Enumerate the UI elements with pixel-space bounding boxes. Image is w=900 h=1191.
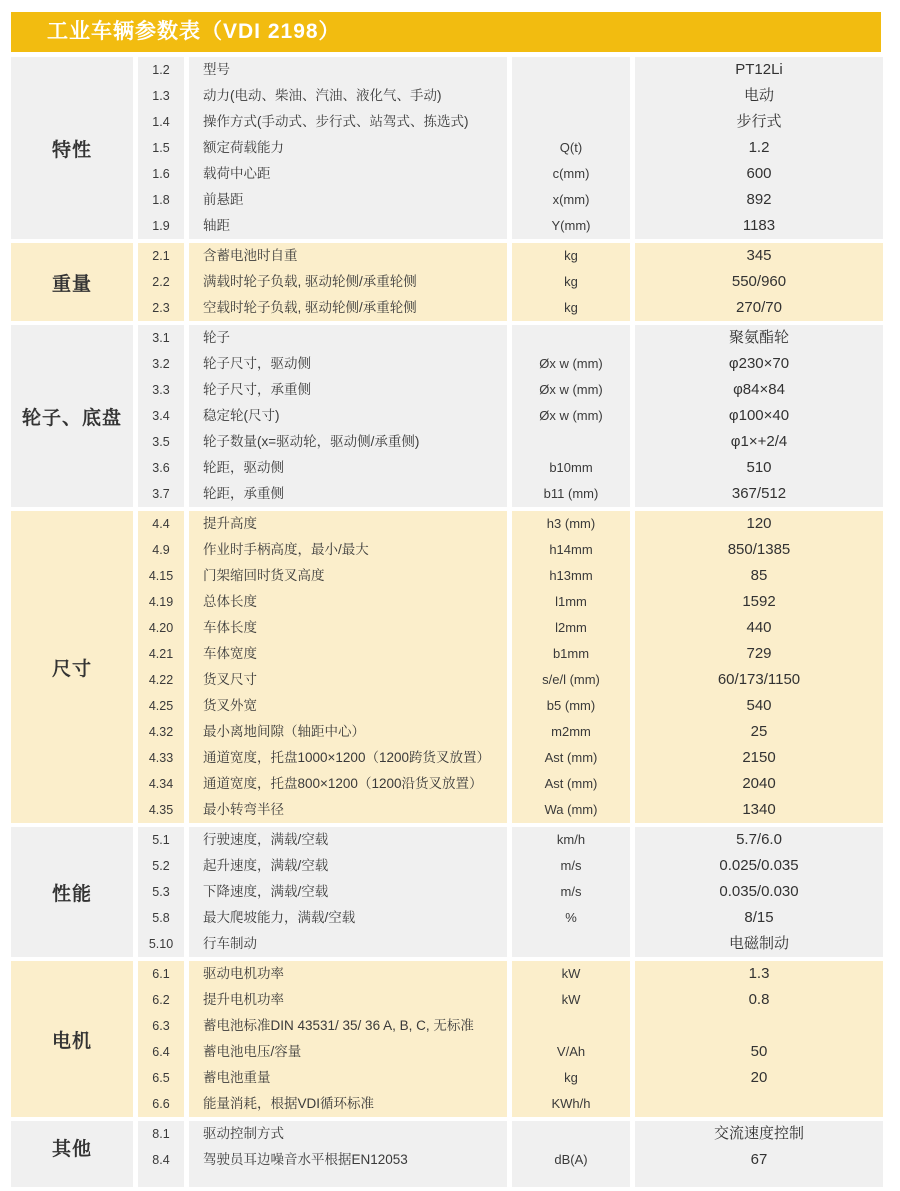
row-value: 1592: [635, 589, 883, 615]
row-number: 2.2: [138, 269, 184, 295]
row-unit: Q(t): [512, 135, 630, 161]
row-number: 5.1: [138, 827, 184, 853]
row-value: 600: [635, 161, 883, 187]
row-unit: Y(mm): [512, 213, 630, 239]
spec-table: 特性1.21.31.41.51.61.81.9型号动力(电动、柴油、汽油、液化气…: [11, 57, 883, 1191]
row-value-column: 5.7/6.00.025/0.0350.035/0.0308/15电磁制动: [635, 827, 883, 957]
row-value: [635, 1013, 883, 1039]
row-number-column: 3.13.23.33.43.53.63.7: [138, 325, 184, 507]
row-number: 8.4: [138, 1147, 184, 1173]
row-unit: b10mm: [512, 455, 630, 481]
row-number: 4.15: [138, 563, 184, 589]
row-unit: x(mm): [512, 187, 630, 213]
row-description: 提升高度: [189, 511, 507, 537]
row-unit: m/s: [512, 853, 630, 879]
row-number: 8.1: [138, 1121, 184, 1147]
row-number: 1.3: [138, 83, 184, 109]
row-unit: [512, 83, 630, 109]
section-label: 电机: [11, 961, 133, 1117]
spec-section: 电机6.16.26.36.46.56.6驱动电机功率提升电机功率蓄电池标准DIN…: [11, 961, 883, 1117]
row-value: 0.035/0.030: [635, 879, 883, 905]
row-number-column: 5.15.25.35.85.10: [138, 827, 184, 957]
row-unit-column: dB(A): [512, 1121, 630, 1187]
row-value: 892: [635, 187, 883, 213]
row-value: 1340: [635, 797, 883, 823]
spec-section: 轮子、底盘3.13.23.33.43.53.63.7轮子轮子尺寸，驱动侧轮子尺寸…: [11, 325, 883, 507]
row-unit: h3 (mm): [512, 511, 630, 537]
row-value: 60/173/1150: [635, 667, 883, 693]
row-value: PT12Li: [635, 57, 883, 83]
section-label: 轮子、底盘: [11, 325, 133, 507]
row-value: 25: [635, 719, 883, 745]
row-description: 通道宽度，托盘1000×1200（1200跨货叉放置）: [189, 745, 507, 771]
row-description: 轮距，驱动侧: [189, 455, 507, 481]
row-unit: kg: [512, 269, 630, 295]
row-number: 1.5: [138, 135, 184, 161]
row-unit: b1mm: [512, 641, 630, 667]
row-description: 动力(电动、柴油、汽油、液化气、手动): [189, 83, 507, 109]
row-value-column: 聚氨酯轮φ230×70φ84×84φ100×40φ1×+2/4510367/51…: [635, 325, 883, 507]
row-description: 蓄电池标准DIN 43531/ 35/ 36 A, B, C, 无标准: [189, 1013, 507, 1039]
row-description: 轮子数量(x=驱动轮，驱动侧/承重侧): [189, 429, 507, 455]
row-number-column: 6.16.26.36.46.56.6: [138, 961, 184, 1117]
row-number: 6.2: [138, 987, 184, 1013]
spec-section: 重量2.12.22.3含蓄电池时自重满载时轮子负载, 驱动轮侧/承重轮侧空载时轮…: [11, 243, 883, 321]
row-description: 蓄电池电压/容量: [189, 1039, 507, 1065]
row-unit: b5 (mm): [512, 693, 630, 719]
row-value: 电磁制动: [635, 931, 883, 957]
row-number: 4.19: [138, 589, 184, 615]
row-unit: Ast (mm): [512, 771, 630, 797]
row-value: φ1×+2/4: [635, 429, 883, 455]
row-value: 50: [635, 1039, 883, 1065]
section-label: 性能: [11, 827, 133, 957]
row-unit: [512, 1013, 630, 1039]
row-unit: [512, 325, 630, 351]
page-title: 工业车辆参数表（VDI 2198）: [11, 12, 881, 52]
row-unit: Øx w (mm): [512, 377, 630, 403]
row-description: 载荷中心距: [189, 161, 507, 187]
row-value-column: 交流速度控制67: [635, 1121, 883, 1187]
row-unit: [512, 429, 630, 455]
row-unit: c(mm): [512, 161, 630, 187]
row-description: 轮子: [189, 325, 507, 351]
row-value: φ230×70: [635, 351, 883, 377]
row-unit-column: kWkWV/AhkgKWh/h: [512, 961, 630, 1117]
row-number: 1.2: [138, 57, 184, 83]
row-unit: [512, 57, 630, 83]
row-description: 起升速度，满载/空载: [189, 853, 507, 879]
row-number: 4.20: [138, 615, 184, 641]
row-number: 3.5: [138, 429, 184, 455]
row-unit: m2mm: [512, 719, 630, 745]
row-unit: Wa (mm): [512, 797, 630, 823]
row-number: 2.1: [138, 243, 184, 269]
row-value: 0.8: [635, 987, 883, 1013]
row-description-column: 驱动控制方式驾驶员耳边噪音水平根据EN12053: [189, 1121, 507, 1187]
row-description: 货叉外宽: [189, 693, 507, 719]
row-number-column: 8.18.4: [138, 1121, 184, 1187]
row-unit: b11 (mm): [512, 481, 630, 507]
row-unit: kg: [512, 295, 630, 321]
row-description-column: 含蓄电池时自重满载时轮子负载, 驱动轮侧/承重轮侧空载时轮子负载, 驱动轮侧/承…: [189, 243, 507, 321]
row-number: 4.22: [138, 667, 184, 693]
row-description: 轴距: [189, 213, 507, 239]
row-value: 1183: [635, 213, 883, 239]
row-description: 总体长度: [189, 589, 507, 615]
row-value: 20: [635, 1065, 883, 1091]
row-description: 下降速度，满载/空载: [189, 879, 507, 905]
row-value: [635, 1091, 883, 1117]
row-value-column: 1.30.85020: [635, 961, 883, 1117]
row-unit: h13mm: [512, 563, 630, 589]
row-description: 通道宽度，托盘800×1200（1200沿货叉放置）: [189, 771, 507, 797]
row-number: 6.3: [138, 1013, 184, 1039]
row-description: 驾驶员耳边噪音水平根据EN12053: [189, 1147, 507, 1173]
row-description: 行车制动: [189, 931, 507, 957]
row-value-column: PT12Li电动步行式1.26008921183: [635, 57, 883, 239]
row-value: 510: [635, 455, 883, 481]
row-value-column: 345550/960270/70: [635, 243, 883, 321]
row-value: 440: [635, 615, 883, 641]
row-unit: KWh/h: [512, 1091, 630, 1117]
row-unit: l1mm: [512, 589, 630, 615]
row-description: 满载时轮子负载, 驱动轮侧/承重轮侧: [189, 269, 507, 295]
row-description: 前悬距: [189, 187, 507, 213]
section-label: 重量: [11, 243, 133, 321]
row-unit-column: km/hm/sm/s%: [512, 827, 630, 957]
row-unit: Øx w (mm): [512, 351, 630, 377]
row-number: 6.4: [138, 1039, 184, 1065]
row-value: 步行式: [635, 109, 883, 135]
row-number: 4.33: [138, 745, 184, 771]
row-number: 3.2: [138, 351, 184, 377]
row-description-column: 行驶速度，满载/空载起升速度，满载/空载下降速度，满载/空载最大爬坡能力，满载/…: [189, 827, 507, 957]
row-number: 6.1: [138, 961, 184, 987]
section-label: 其他: [11, 1121, 133, 1187]
row-unit: kW: [512, 987, 630, 1013]
row-value: 2040: [635, 771, 883, 797]
row-number: 1.8: [138, 187, 184, 213]
row-number: 4.4: [138, 511, 184, 537]
row-number: 1.9: [138, 213, 184, 239]
row-unit-column: Øx w (mm)Øx w (mm)Øx w (mm)b10mmb11 (mm): [512, 325, 630, 507]
row-description: 最大爬坡能力，满载/空载: [189, 905, 507, 931]
row-description: 蓄电池重量: [189, 1065, 507, 1091]
row-number: 4.9: [138, 537, 184, 563]
row-description: 稳定轮(尺寸): [189, 403, 507, 429]
spec-section: 性能5.15.25.35.85.10行驶速度，满载/空载起升速度，满载/空载下降…: [11, 827, 883, 957]
row-unit: V/Ah: [512, 1039, 630, 1065]
row-value: 电动: [635, 83, 883, 109]
row-unit: dB(A): [512, 1147, 630, 1173]
row-value: 367/512: [635, 481, 883, 507]
row-unit: kW: [512, 961, 630, 987]
row-description: 驱动电机功率: [189, 961, 507, 987]
row-number: 2.3: [138, 295, 184, 321]
row-number: 1.6: [138, 161, 184, 187]
row-number: 3.4: [138, 403, 184, 429]
row-description-column: 轮子轮子尺寸，驱动侧轮子尺寸，承重侧稳定轮(尺寸)轮子数量(x=驱动轮，驱动侧/…: [189, 325, 507, 507]
row-number: 5.2: [138, 853, 184, 879]
row-value: 8/15: [635, 905, 883, 931]
row-unit: [512, 109, 630, 135]
row-description: 操作方式(手动式、步行式、站驾式、拣选式): [189, 109, 507, 135]
row-unit: Ast (mm): [512, 745, 630, 771]
row-value: 85: [635, 563, 883, 589]
row-description: 门架缩回时货叉高度: [189, 563, 507, 589]
row-value: 850/1385: [635, 537, 883, 563]
row-description-column: 型号动力(电动、柴油、汽油、液化气、手动)操作方式(手动式、步行式、站驾式、拣选…: [189, 57, 507, 239]
row-description: 轮子尺寸，驱动侧: [189, 351, 507, 377]
row-description: 最小离地间隙（轴距中心）: [189, 719, 507, 745]
row-description: 最小转弯半径: [189, 797, 507, 823]
row-value: 2150: [635, 745, 883, 771]
row-description: 额定荷载能力: [189, 135, 507, 161]
row-number: 4.21: [138, 641, 184, 667]
row-description: 轮距，承重侧: [189, 481, 507, 507]
row-description: 车体宽度: [189, 641, 507, 667]
row-unit: h14mm: [512, 537, 630, 563]
row-value: 交流速度控制: [635, 1121, 883, 1147]
row-number: 3.3: [138, 377, 184, 403]
row-description: 型号: [189, 57, 507, 83]
row-number: 5.8: [138, 905, 184, 931]
row-unit: km/h: [512, 827, 630, 853]
section-label: 尺寸: [11, 511, 133, 823]
row-value: 聚氨酯轮: [635, 325, 883, 351]
row-description: 空载时轮子负载, 驱动轮侧/承重轮侧: [189, 295, 507, 321]
row-unit: l2mm: [512, 615, 630, 641]
row-description: 轮子尺寸，承重侧: [189, 377, 507, 403]
row-number: 1.4: [138, 109, 184, 135]
row-unit: [512, 931, 630, 957]
row-value: 345: [635, 243, 883, 269]
row-value-column: 120850/138585159244072960/173/1150540252…: [635, 511, 883, 823]
row-number-column: 4.44.94.154.194.204.214.224.254.324.334.…: [138, 511, 184, 823]
row-number: 4.34: [138, 771, 184, 797]
row-unit-column: h3 (mm)h14mmh13mml1mml2mmb1mms/e/l (mm)b…: [512, 511, 630, 823]
row-unit: %: [512, 905, 630, 931]
row-unit: [512, 1121, 630, 1147]
row-unit: m/s: [512, 879, 630, 905]
row-description: 提升电机功率: [189, 987, 507, 1013]
row-value: 540: [635, 693, 883, 719]
row-description: 含蓄电池时自重: [189, 243, 507, 269]
spec-section: 尺寸4.44.94.154.194.204.214.224.254.324.33…: [11, 511, 883, 823]
row-value: 729: [635, 641, 883, 667]
row-number: 4.32: [138, 719, 184, 745]
spec-section: 特性1.21.31.41.51.61.81.9型号动力(电动、柴油、汽油、液化气…: [11, 57, 883, 239]
row-unit: s/e/l (mm): [512, 667, 630, 693]
row-number: 4.25: [138, 693, 184, 719]
row-value: 550/960: [635, 269, 883, 295]
row-value: 67: [635, 1147, 883, 1173]
row-value: 0.025/0.035: [635, 853, 883, 879]
row-number-column: 1.21.31.41.51.61.81.9: [138, 57, 184, 239]
row-number: 6.6: [138, 1091, 184, 1117]
row-unit: kg: [512, 1065, 630, 1091]
row-value: φ100×40: [635, 403, 883, 429]
row-number: 3.6: [138, 455, 184, 481]
row-number: 6.5: [138, 1065, 184, 1091]
spec-section: 其他8.18.4驱动控制方式驾驶员耳边噪音水平根据EN12053dB(A)交流速…: [11, 1121, 883, 1187]
row-number: 3.7: [138, 481, 184, 507]
row-value: 1.3: [635, 961, 883, 987]
row-description: 货叉尺寸: [189, 667, 507, 693]
row-description: 车体长度: [189, 615, 507, 641]
row-description-column: 提升高度作业时手柄高度，最小/最大门架缩回时货叉高度总体长度车体长度车体宽度货叉…: [189, 511, 507, 823]
row-value: 120: [635, 511, 883, 537]
row-unit-column: Q(t)c(mm)x(mm)Y(mm): [512, 57, 630, 239]
row-value: φ84×84: [635, 377, 883, 403]
section-label: 特性: [11, 57, 133, 239]
row-number: 4.35: [138, 797, 184, 823]
row-number: 5.10: [138, 931, 184, 957]
row-unit: kg: [512, 243, 630, 269]
row-description: 作业时手柄高度，最小/最大: [189, 537, 507, 563]
row-unit-column: kgkgkg: [512, 243, 630, 321]
row-number: 5.3: [138, 879, 184, 905]
row-description: 行驶速度，满载/空载: [189, 827, 507, 853]
row-number-column: 2.12.22.3: [138, 243, 184, 321]
row-number: 3.1: [138, 325, 184, 351]
row-description: 能量消耗，根据VDI循环标准: [189, 1091, 507, 1117]
row-unit: Øx w (mm): [512, 403, 630, 429]
row-description-column: 驱动电机功率提升电机功率蓄电池标准DIN 43531/ 35/ 36 A, B,…: [189, 961, 507, 1117]
row-value: 5.7/6.0: [635, 827, 883, 853]
row-value: 1.2: [635, 135, 883, 161]
row-description: 驱动控制方式: [189, 1121, 507, 1147]
row-value: 270/70: [635, 295, 883, 321]
